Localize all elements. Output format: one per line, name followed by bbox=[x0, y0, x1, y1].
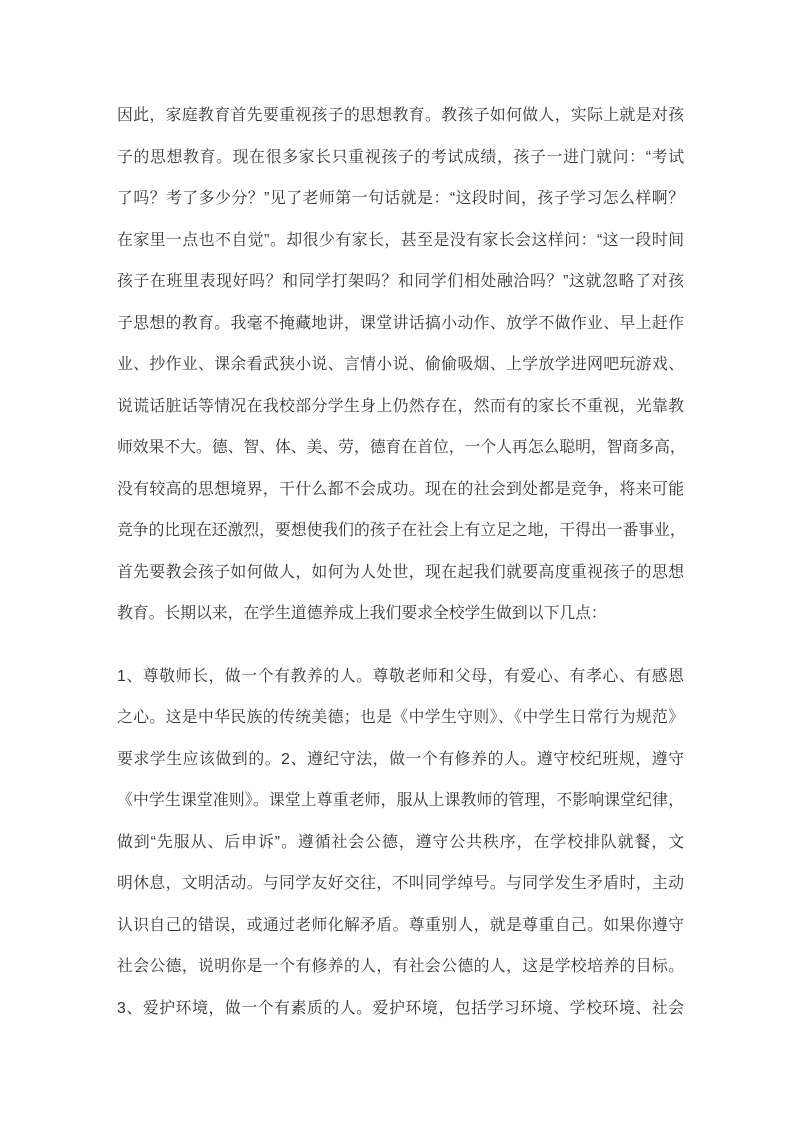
text-line: 做到“先服从、后申诉”。遵循社会公德，遵守公共秩序，在学校排队就餐，文 bbox=[117, 822, 684, 864]
paragraph-thought-education: 因此，家庭教育首先要重视孩子的思想教育。教孩子如何做人，实际上就是对孩 子的思想… bbox=[117, 95, 684, 635]
text-line: 《中学生课堂准则》。课堂上尊重老师，服从上课教师的管理，不影响课堂纪律， bbox=[117, 780, 684, 822]
text-line: 了吗？考了多少分？”见了老师第一句话就是：“这段时间，孩子学习怎么样啊？ bbox=[117, 178, 684, 220]
text-line: 社会公德，说明你是一个有修养的人，有社会公德的人，这是学校培养的目标。 bbox=[117, 946, 684, 988]
text-line: 竞争的比现在还激烈，要想使我们的孩子在社会上有立足之地，干得出一番事业， bbox=[117, 510, 684, 552]
text-line: 子的思想教育。现在很多家长只重视孩子的考试成绩，孩子一进门就问：“考试 bbox=[117, 137, 684, 179]
text-line: 在家里一点也不自觉”。却很少有家长，甚至是没有家长会这样问：“这一段时间 bbox=[117, 220, 684, 262]
text-line: 1、尊敬师长，做一个有教养的人。尊敬老师和父母，有爱心、有孝心、有感恩 bbox=[117, 656, 684, 698]
text-line: 没有较高的思想境界，干什么都不会成功。现在的社会到处都是竞争，将来可能 bbox=[117, 469, 684, 511]
text-line: 明休息，文明活动。与同学友好交往，不叫同学绰号。与同学发生矛盾时，主动 bbox=[117, 863, 684, 905]
paragraph-student-requirements: 1、尊敬师长，做一个有教养的人。尊敬老师和父母，有爱心、有孝心、有感恩 之心。这… bbox=[117, 656, 684, 1030]
text-line: 因此，家庭教育首先要重视孩子的思想教育。教孩子如何做人，实际上就是对孩 bbox=[117, 95, 684, 137]
text-line: 教育。长期以来，在学生道德养成上我们要求全校学生做到以下几点： bbox=[117, 593, 684, 635]
text-line: 首先要教会孩子如何做人，如何为人处世，现在起我们就要高度重视孩子的思想 bbox=[117, 552, 684, 594]
document-page: 因此，家庭教育首先要重视孩子的思想教育。教孩子如何做人，实际上就是对孩 子的思想… bbox=[117, 95, 684, 1029]
text-line: 业、抄作业、课余看武狭小说、言情小说、偷偷吸烟、上学放学进网吧玩游戏、 bbox=[117, 344, 684, 386]
text-line: 子思想的教育。我毫不掩藏地讲，课堂讲话搞小动作、放学不做作业、早上赶作 bbox=[117, 303, 684, 345]
text-line: 3、爱护环境，做一个有素质的人。爱护环境，包括学习环境、学校环境、社会 bbox=[117, 988, 684, 1030]
text-line: 说谎话脏话等情况在我校部分学生身上仍然存在，然而有的家长不重视，光靠教 bbox=[117, 386, 684, 428]
text-line: 要求学生应该做到的。2、遵纪守法，做一个有修养的人。遵守校纪班规，遵守 bbox=[117, 739, 684, 781]
text-line: 认识自己的错误，或通过老师化解矛盾。尊重别人，就是尊重自己。如果你遵守 bbox=[117, 905, 684, 947]
text-line: 孩子在班里表现好吗？和同学打架吗？和同学们相处融洽吗？”这就忽略了对孩 bbox=[117, 261, 684, 303]
text-line: 之心。这是中华民族的传统美德；也是《中学生守则》、《中学生日常行为规范》 bbox=[117, 697, 684, 739]
text-line: 师效果不大。德、智、体、美、劳，德育在首位，一个人再怎么聪明，智商多高， bbox=[117, 427, 684, 469]
